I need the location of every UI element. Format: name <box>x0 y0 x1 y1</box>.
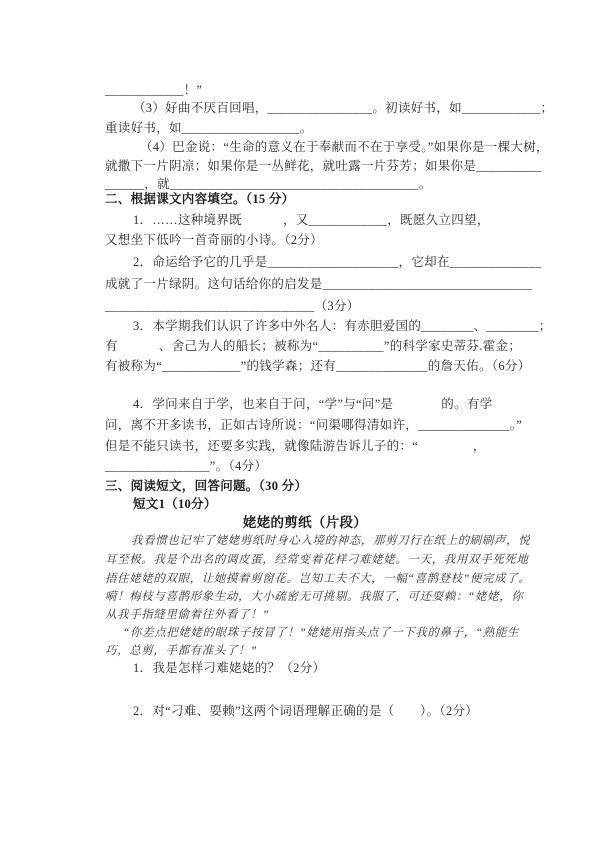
fill-blank-line: 成就了一片绿阴。这句话给你的启发是_______________________… <box>105 276 575 293</box>
passage-line: 从我手指缝里偷着往外看了！” <box>105 607 575 624</box>
fill-blank-line: 就撒下一片阴凉；如果你是一丛鲜花，就吐露一片芬芳；如果你是__________ <box>105 158 575 175</box>
passage-line: “你差点把姥姥的眼珠子按冒了！”姥姥用指头点了一下我的鼻子，“熟能生 <box>123 625 593 642</box>
reading-question-1: 1．我是怎样刁难姥姥的？（2分） <box>133 660 596 677</box>
passage-subheading: 短文1（10分） <box>133 496 596 513</box>
fill-blank-line: （4）巴金说：“生命的意义在于奉献而不在于享受。”如果你是一棵大树， <box>140 139 596 156</box>
fill-blank-line: 1．……这种境界既 ，又____________，既愿久立四望， <box>133 212 596 229</box>
passage-line: 我看惯也记牢了姥姥剪纸时身心入境的神态，那剪刀行在纸上的刷刷声，悦 <box>131 533 596 550</box>
fill-blank-line: 问，离不开多读书，正如古诗所说：“问渠哪得清如许，______________。… <box>105 417 575 434</box>
fill-blank-line: 又想坐下低吟一首奇丽的小诗。（2分） <box>105 232 575 249</box>
fill-blank-line: 有被称为“____________”的钱学森；还有______________的… <box>105 358 575 375</box>
section-two-heading: 二、根据课文内容填空。（15 分） <box>105 191 575 208</box>
exam-paper-page: ____________！” （3）好曲不厌百回唱，______________… <box>0 0 596 842</box>
section-three-heading: 三、阅读短文，回答问题。（30 分） <box>105 478 575 495</box>
passage-line: 巧，总剪，手都有准头了！” <box>105 643 575 660</box>
fill-blank-line: 重读好书，如__________________。 <box>105 120 575 137</box>
quote-tail-blank-line: ____________！” <box>105 82 575 99</box>
fill-blank-line: 有 、舍己为人的船长；被称为“__________”的科学家史蒂芬.霍金； <box>105 338 575 355</box>
fill-blank-line: 2．命运给予它的几乎是____________________，它却在_____… <box>133 254 596 271</box>
fill-blank-line: （3）好曲不厌百回唱，________________。初读好书，如______… <box>133 100 596 117</box>
fill-blank-line: 4．学问来自于学，也来自于问，“学”与“问”是 的。有学 <box>133 396 596 413</box>
fill-blank-line: ________________”。（4分） <box>105 458 575 475</box>
passage-line: 嗬！梅枝与喜鹊形象生动，大小疏密无可挑剔。我服了，可还耍赖：“姥姥，你 <box>105 589 575 606</box>
reading-question-2: 2．对“刁难、耍赖”这两个词语理解正确的是（ ）。（2分） <box>133 703 596 720</box>
passage-line: 耳至极。我是个出名的调皮蛋，经常变着花样刁难姥姥。一天，我用双手死死地 <box>105 552 575 569</box>
fill-blank-line: ________________________________（3分） <box>105 298 575 315</box>
passage-title: 姥姥的剪纸（片段） <box>105 514 505 531</box>
fill-blank-line: 但是不能只读书，还要多实践，就像陆游告诉儿子的：“ ， <box>105 438 575 455</box>
passage-line: 捂住姥姥的双眼，让她摸着剪窗花。岂知工夫不大，一幅“喜鹊登枝”便完成了。 <box>105 571 575 588</box>
fill-blank-line: 3．本学期我们认识了许多中外名人：有赤胆爱国的________、________… <box>133 318 596 335</box>
